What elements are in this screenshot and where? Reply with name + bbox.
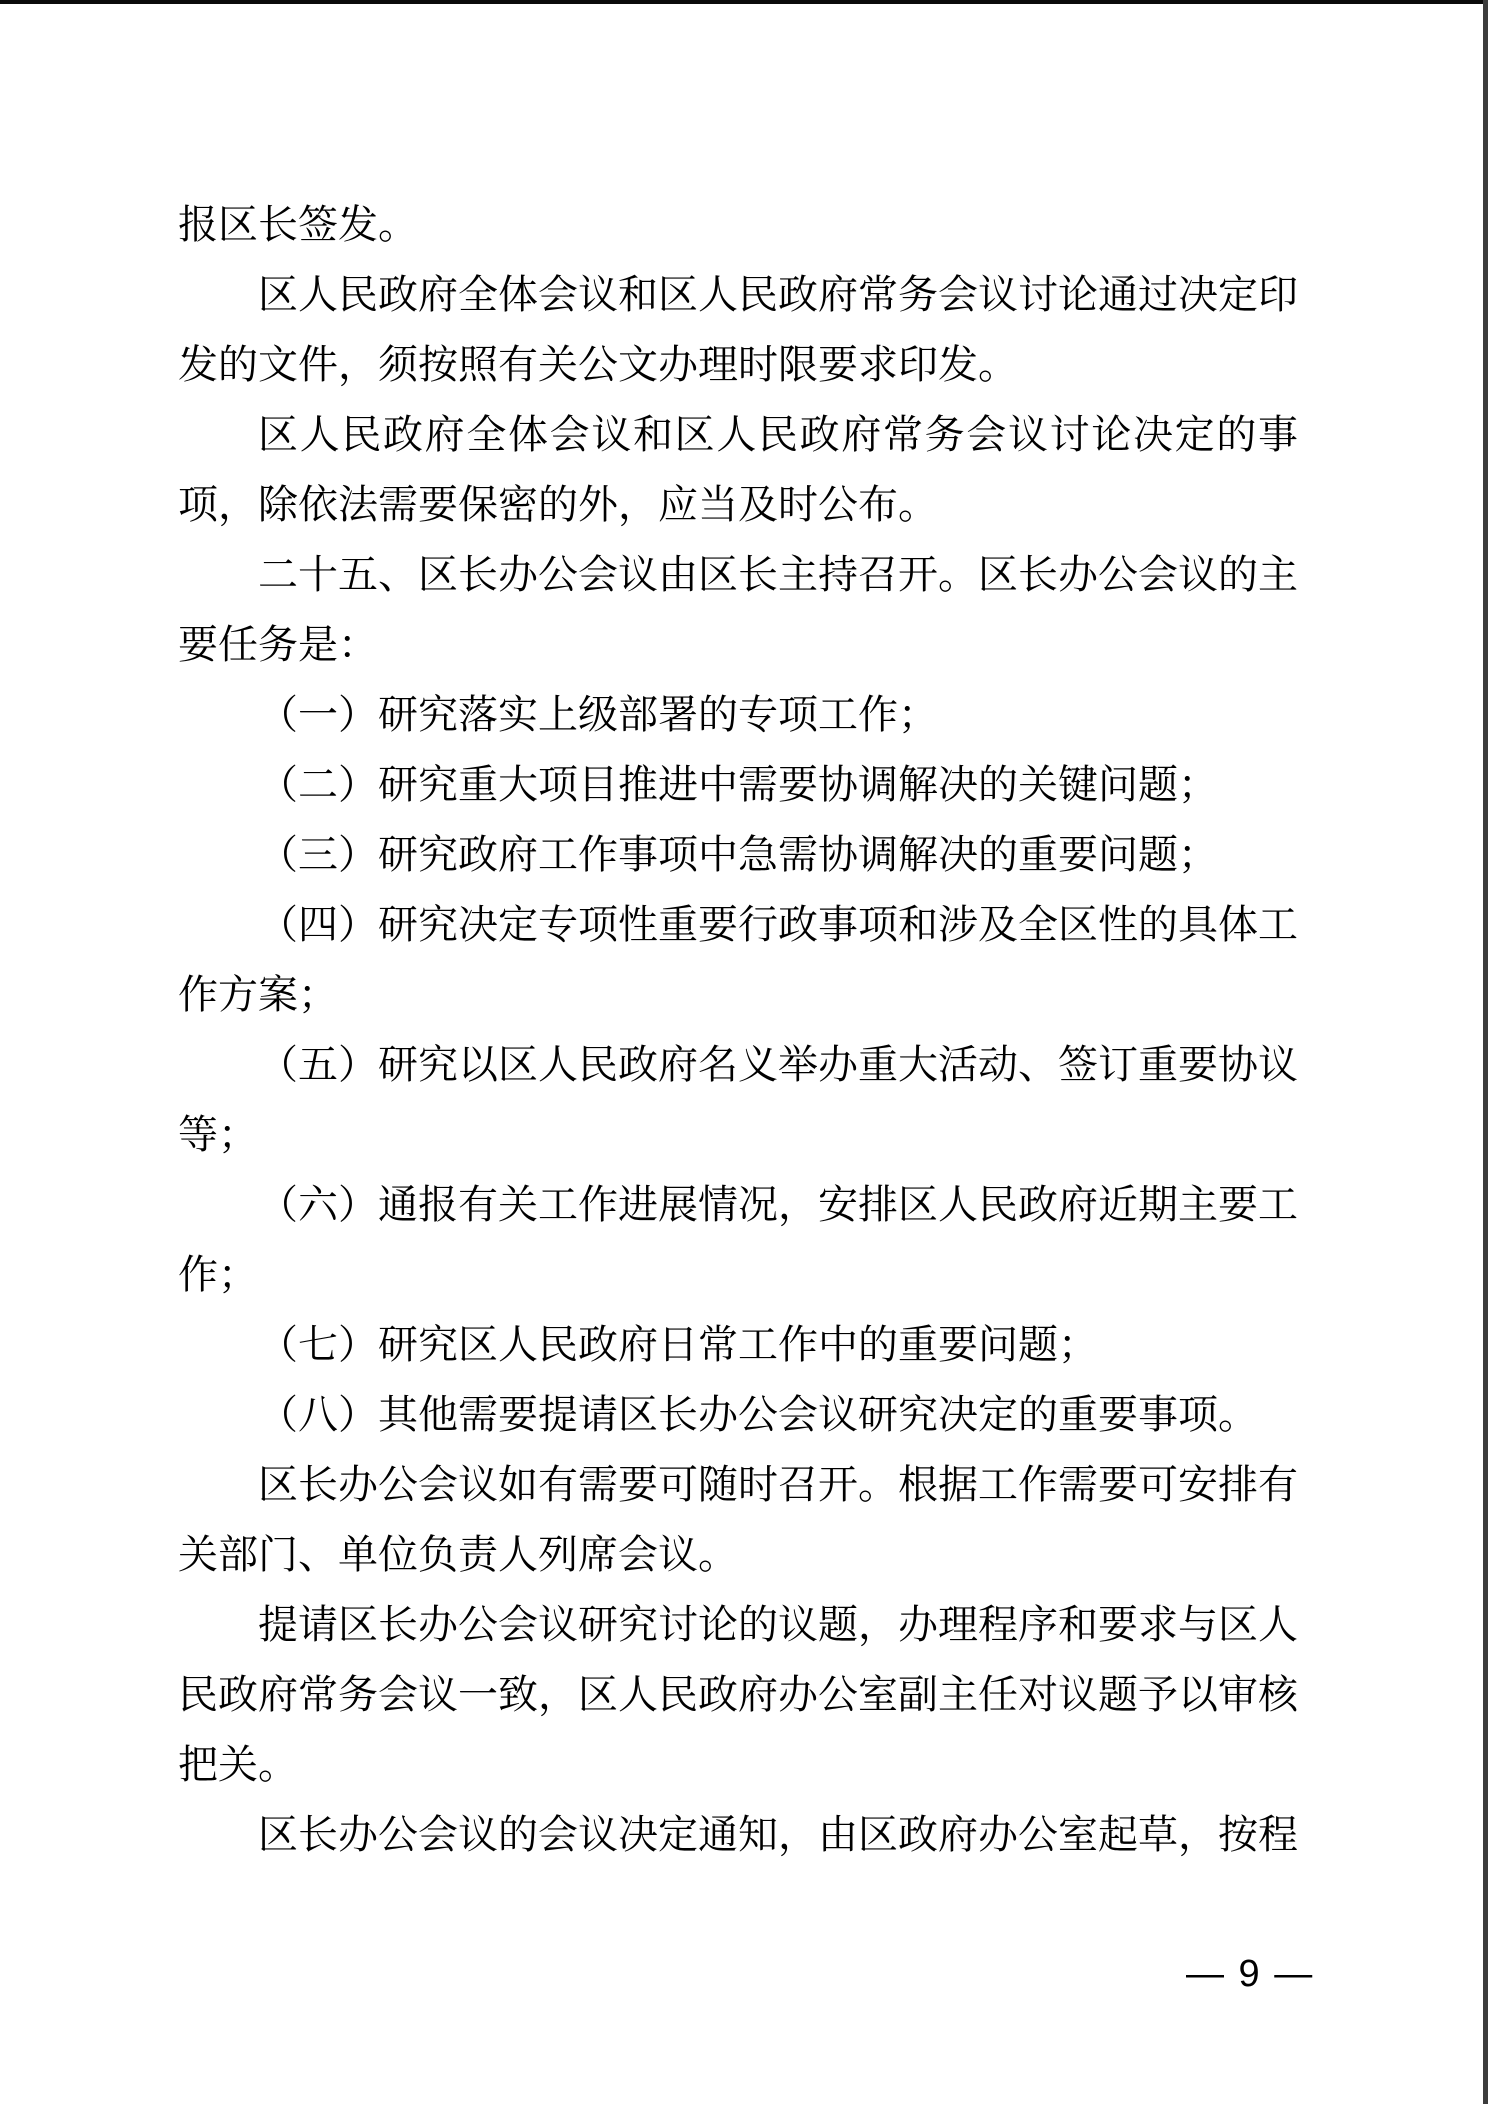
text-line: （一）研究落实上级部署的专项工作；: [178, 680, 1298, 750]
text-line: 区长办公会议的会议决定通知，由区政府办公室起草，按程: [178, 1800, 1298, 1870]
text-line: 提请区长办公会议研究讨论的议题，办理程序和要求与区人: [178, 1590, 1298, 1660]
text-line: 区人民政府全体会议和区人民政府常务会议讨论通过决定印: [178, 260, 1298, 330]
page-right-edge: [1483, 0, 1488, 2104]
text-line: 发的文件，须按照有关公文办理时限要求印发。: [178, 330, 1298, 400]
page-number: — 9 —: [1186, 1948, 1314, 2000]
text-line: 把关。: [178, 1730, 1298, 1800]
text-line: （四）研究决定专项性重要行政事项和涉及全区性的具体工: [178, 890, 1298, 960]
text-line: （八）其他需要提请区长办公会议研究决定的重要事项。: [178, 1380, 1298, 1450]
text-line: （七）研究区人民政府日常工作中的重要问题；: [178, 1310, 1298, 1380]
text-line: 要任务是：: [178, 610, 1298, 680]
text-line: 区人民政府全体会议和区人民政府常务会议讨论决定的事: [178, 400, 1298, 470]
text-line: （三）研究政府工作事项中急需协调解决的重要问题；: [178, 820, 1298, 890]
text-line: 作方案；: [178, 960, 1298, 1030]
text-line: 关部门、单位负责人列席会议。: [178, 1520, 1298, 1590]
text-line: 等；: [178, 1100, 1298, 1170]
text-line: 民政府常务会议一致，区人民政府办公室副主任对议题予以审核: [178, 1660, 1298, 1730]
text-line: （六）通报有关工作进展情况，安排区人民政府近期主要工: [178, 1170, 1298, 1240]
text-line: 报区长签发。: [178, 190, 1298, 260]
page-top-edge: [0, 0, 1488, 4]
document-page: 报区长签发。区人民政府全体会议和区人民政府常务会议讨论通过决定印发的文件，须按照…: [0, 0, 1488, 2104]
text-line: 二十五、区长办公会议由区长主持召开。区长办公会议的主: [178, 540, 1298, 610]
text-line: 区长办公会议如有需要可随时召开。根据工作需要可安排有: [178, 1450, 1298, 1520]
text-line: 项，除依法需要保密的外，应当及时公布。: [178, 470, 1298, 540]
text-line: 作；: [178, 1240, 1298, 1310]
document-body: 报区长签发。区人民政府全体会议和区人民政府常务会议讨论通过决定印发的文件，须按照…: [178, 190, 1298, 1870]
text-line: （二）研究重大项目推进中需要协调解决的关键问题；: [178, 750, 1298, 820]
text-line: （五）研究以区人民政府名义举办重大活动、签订重要协议: [178, 1030, 1298, 1100]
